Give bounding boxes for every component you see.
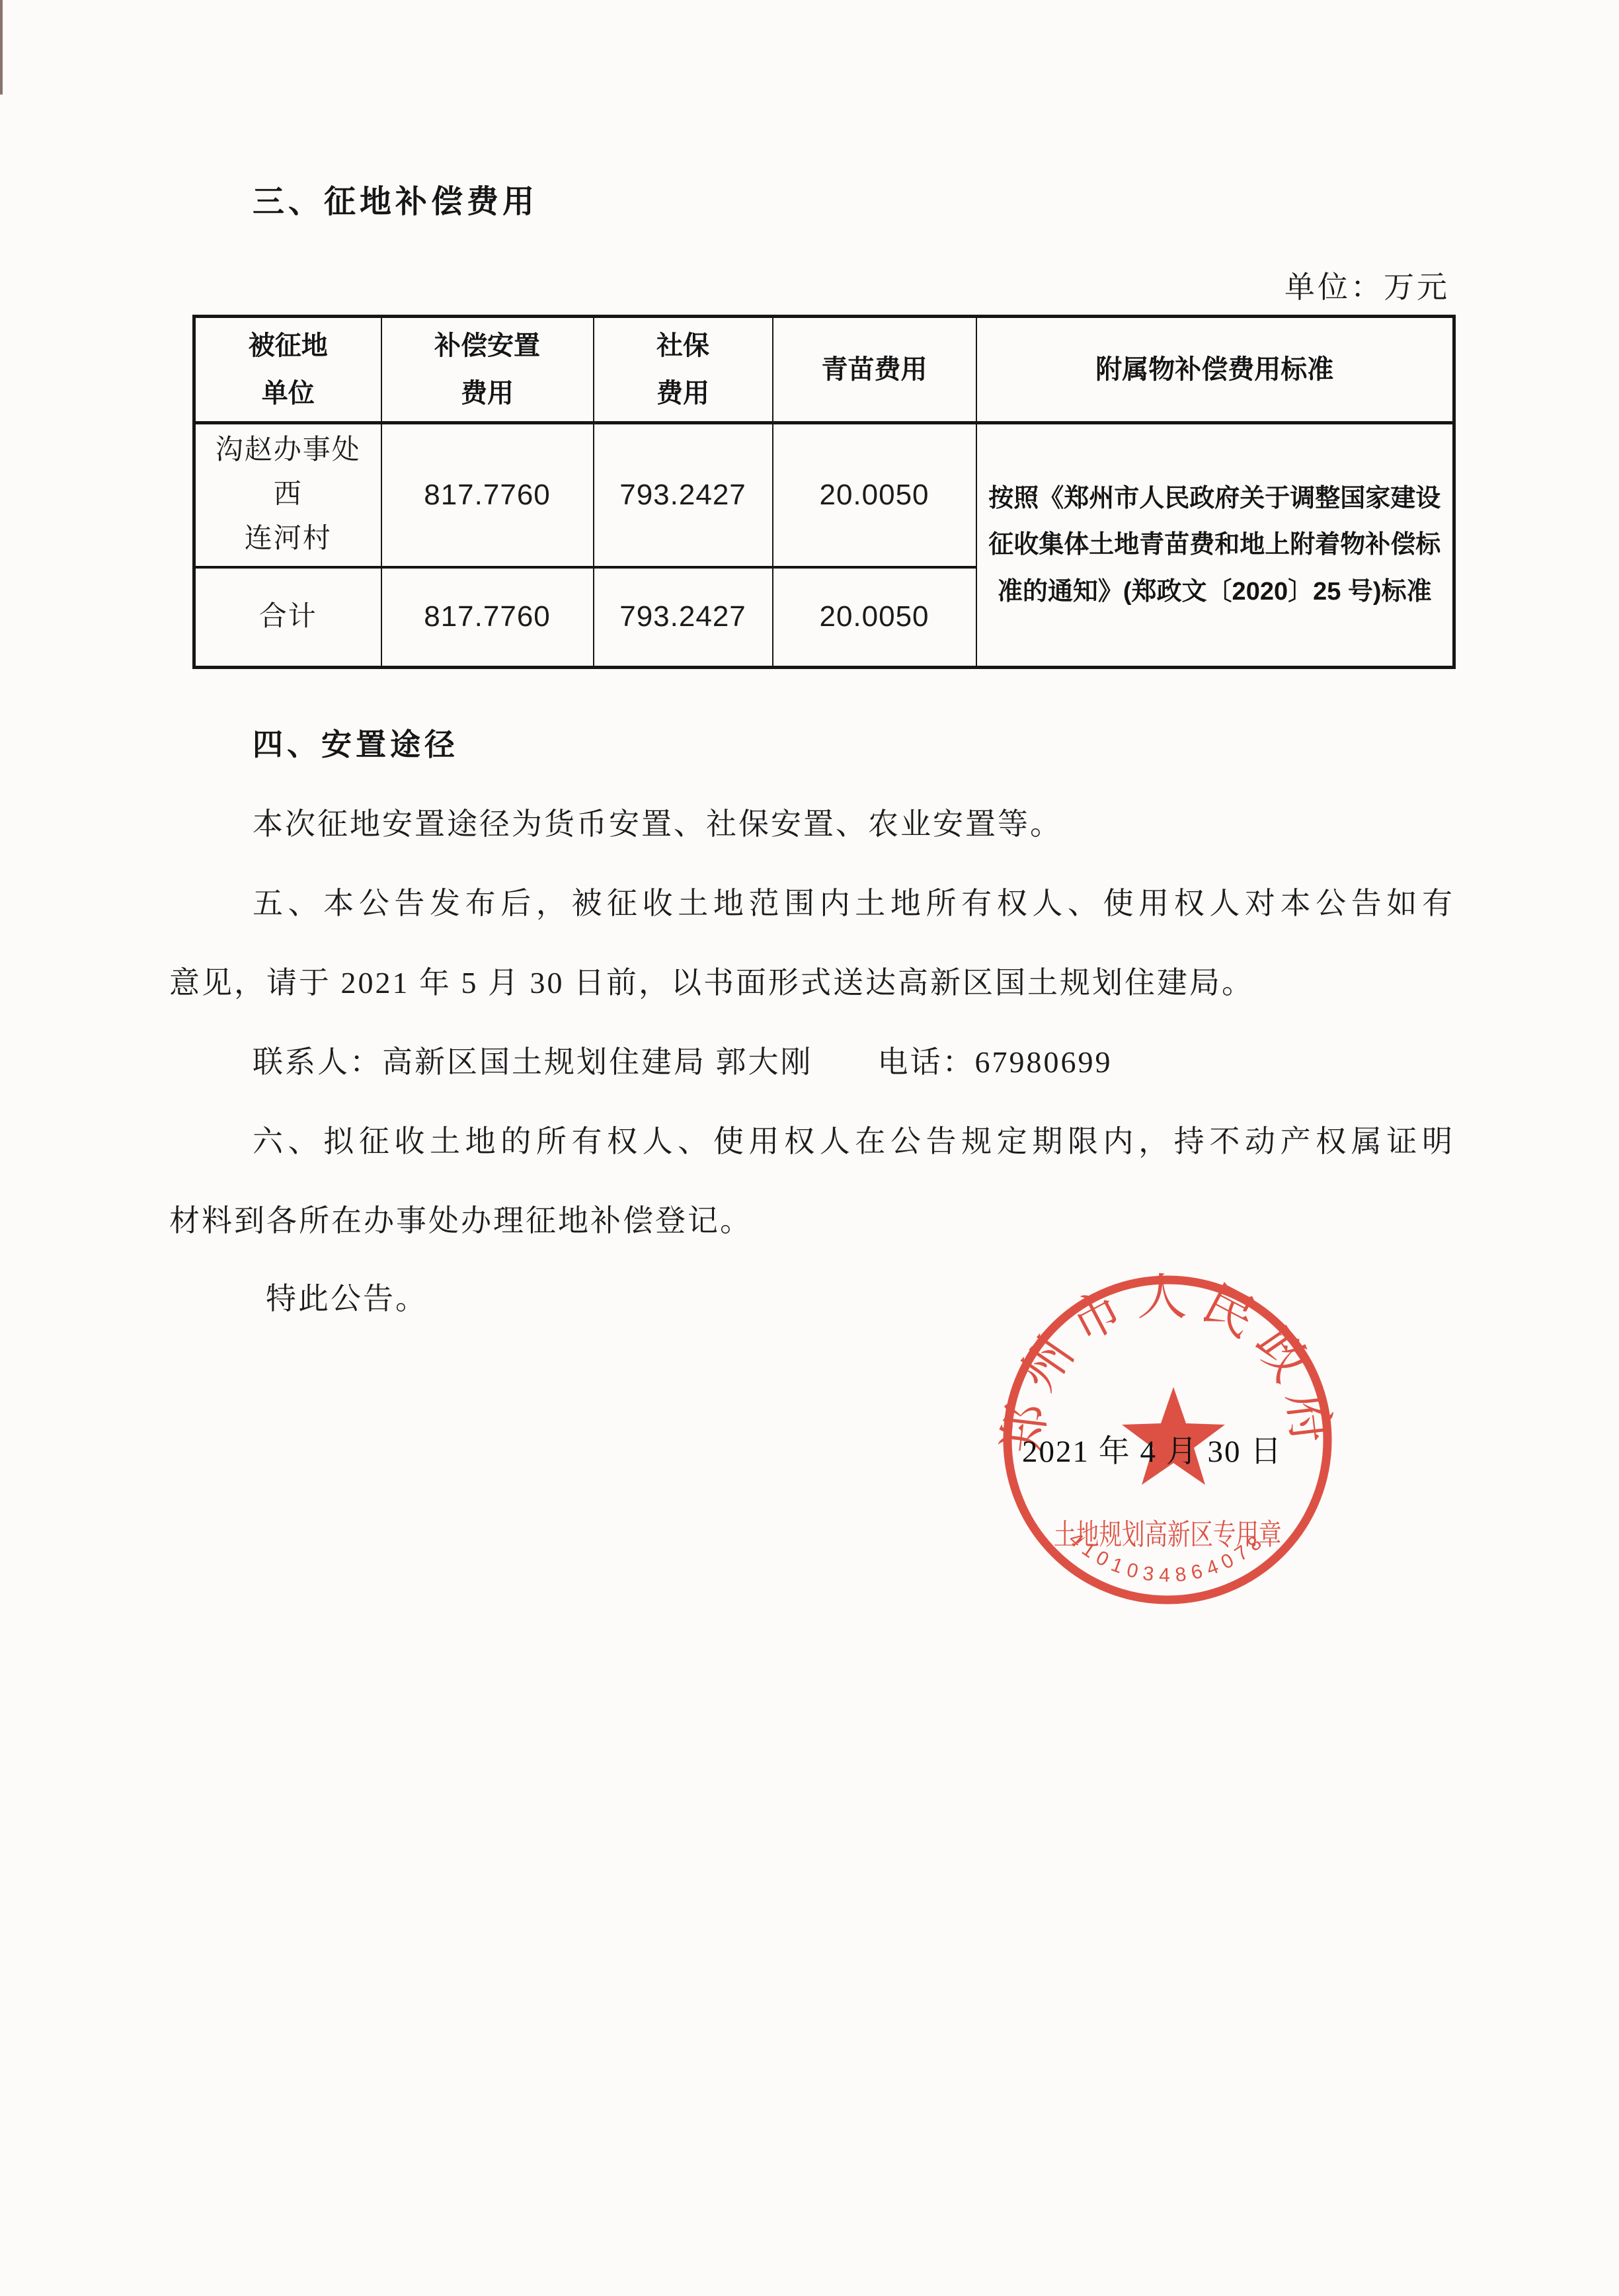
section3-title: 三、征地补偿费用 — [253, 176, 538, 221]
section4-title: 四、安置途径 — [253, 721, 459, 764]
row-village-name: 沟赵办事处西 连河村 — [194, 423, 381, 567]
col-header-social-line1: 社保 — [604, 322, 763, 370]
section5-line1: 五、本公告发布后，被征收土地范围内土地所有权人、使用权人对本公告如有 — [253, 879, 1452, 923]
col-header-compensation-line2: 费用 — [391, 370, 584, 417]
contact-line: 联系人：高新区国土规划住建局 郭大刚 电话：67980699 — [253, 1038, 1113, 1082]
village-seedling-value: 20.0050 — [773, 423, 976, 567]
col-header-compensation: 补偿安置 费用 — [381, 317, 594, 423]
total-seedling-value: 20.0050 — [773, 567, 976, 668]
scan-edge-artifact — [0, 0, 3, 95]
total-compensation-value: 817.7760 — [381, 567, 594, 668]
col-header-seedling: 青苗费用 — [773, 317, 976, 423]
col-header-social-security: 社保 费用 — [594, 317, 773, 423]
col-header-attachment-standard: 附属物补偿费用标准 — [976, 317, 1454, 423]
total-social-value: 793.2427 — [594, 567, 773, 668]
village-name-line1: 沟赵办事处西 — [205, 428, 372, 517]
section6-line2: 材料到各所在办事处办理征地补偿登记。 — [169, 1197, 752, 1240]
col-header-compensation-line1: 补偿安置 — [391, 322, 584, 370]
document-page: 三、征地补偿费用 单位：万元 被征地 单位 补偿安置 费用 社保 费用 — [0, 0, 1619, 2296]
issue-date: 2021 年 4 月 30 日 — [1022, 1427, 1283, 1471]
compensation-table: 被征地 单位 补偿安置 费用 社保 费用 青苗费用 附属物补偿费用标准 沟赵办事… — [192, 315, 1456, 669]
section4-body: 本次征地安置途径为货币安置、社保安置、农业安置等。 — [253, 800, 1062, 844]
closing-line: 特此公告。 — [266, 1275, 428, 1318]
section6-line1: 六、拟征收土地的所有权人、使用权人在公告规定期限内，持不动产权属证明 — [253, 1117, 1452, 1161]
col-header-social-line2: 费用 — [604, 370, 763, 417]
section5-line2: 意见，请于 2021 年 5 月 30 日前，以书面形式送达高新区国土规划住建局… — [169, 959, 1254, 1002]
village-social-value: 793.2427 — [594, 423, 773, 567]
col-header-unit: 被征地 单位 — [194, 317, 381, 423]
village-name-line2: 连河村 — [205, 517, 372, 561]
unit-label: 单位：万元 — [1284, 263, 1450, 307]
village-compensation-value: 817.7760 — [381, 423, 594, 567]
attachment-note-cell: 按照《郑州市人民政府关于调整国家建设征收集体土地青苗费和地上附着物补偿标准的通知… — [976, 423, 1454, 668]
row-total-label: 合计 — [194, 567, 381, 668]
col-header-unit-line2: 单位 — [205, 370, 372, 417]
col-header-unit-line1: 被征地 — [205, 322, 372, 370]
